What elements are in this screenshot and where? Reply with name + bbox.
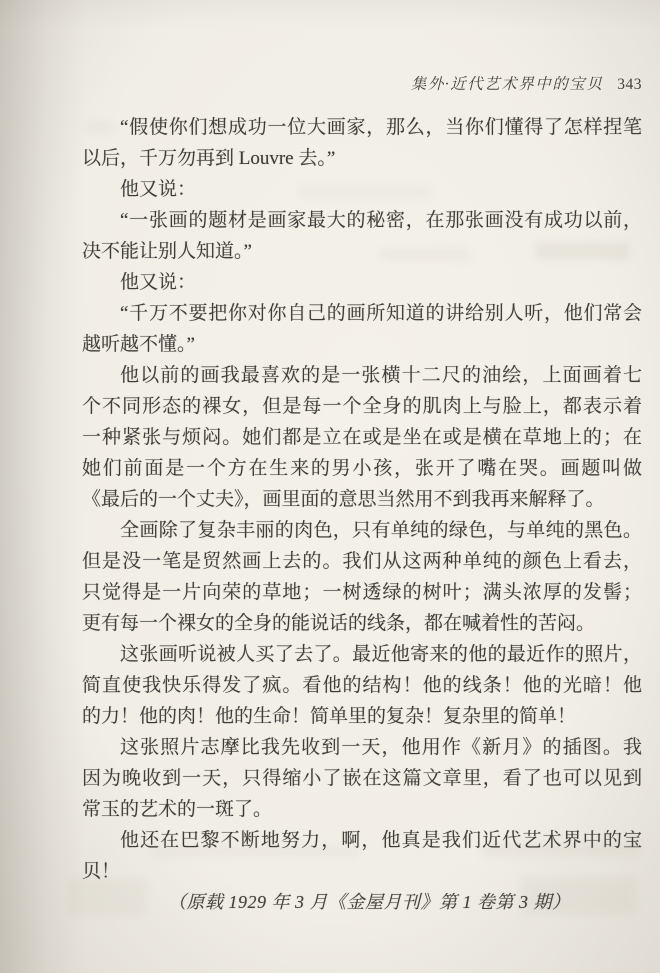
text-line: 《最后的一个丈夫》，画里面的意思当然用不到我再来解释了。	[82, 484, 642, 515]
article-body: “假使你们想成功一位大画家，那么，当你们懂得了怎样捏笔以后，千万勿再到 Louv…	[82, 112, 642, 918]
text-line: 但是没一笔是贸然画上去的。我们从这两种单纯的颜色上看去，	[82, 546, 642, 577]
text-line: 全画除了复杂丰丽的肉色，只有单纯的绿色，与单纯的黑色。	[82, 515, 642, 546]
text-line: 决不能让别人知道。”	[82, 236, 642, 267]
text-line: “假使你们想成功一位大画家，那么，当你们懂得了怎样捏笔	[82, 112, 642, 143]
page-number: 343	[617, 76, 642, 93]
text-line: 越听越不懂。”	[82, 329, 642, 360]
text-line: 的力！他的肉！他的生命！简单里的复杂！复杂里的简单！	[82, 701, 642, 732]
text-line: 个不同形态的裸女，但是每一个全身的肌肉上与脸上，都表示着	[82, 391, 642, 422]
running-head: 集外·近代艺术界中的宝贝343	[411, 72, 642, 94]
text-line: 贝！	[82, 856, 642, 887]
text-line: 他又说：	[82, 267, 642, 298]
running-head-title: 集外·近代艺术界中的宝贝	[411, 76, 603, 93]
text-line: 以后，千万勿再到 Louvre 去。”	[82, 143, 642, 174]
text-line: “千万不要把你对你自己的画所知道的讲给别人听，他们常会	[82, 298, 642, 329]
book-page: 集外·近代艺术界中的宝贝343 “假使你们想成功一位大画家，那么，当你们懂得了怎…	[0, 0, 660, 973]
text-line: 只觉得是一片向荣的草地；一树透绿的树叶；满头浓厚的发髻；	[82, 577, 642, 608]
text-line: 他以前的画我最喜欢的是一张横十二尺的油绘，上面画着七	[82, 360, 642, 391]
text-line: 这张照片志摩比我先收到一天，他用作《新月》的插图。我	[82, 732, 642, 763]
text-line: “一张画的题材是画家最大的秘密，在那张画没有成功以前，	[82, 205, 642, 236]
text-line: 一种紧张与烦闷。她们都是立在或是坐在或是横在草地上的；在	[82, 422, 642, 453]
text-line: 她们前面是一个方在生来的男小孩，张开了嘴在哭。画题叫做	[82, 453, 642, 484]
text-line: 更有每一个裸女的全身的能说话的线条，都在喊着性的苦闷。	[82, 608, 642, 639]
text-line: 他还在巴黎不断地努力，啊，他真是我们近代艺术界中的宝	[82, 825, 642, 856]
text-line: 简直使我快乐得发了疯。看他的结构！他的线条！他的光暗！他	[82, 670, 642, 701]
text-line: 他又说：	[82, 174, 642, 205]
text-line: 因为晚收到一天，只得缩小了嵌在这篇文章里，看了也可以见到	[82, 763, 642, 794]
text-line: 常玉的艺术的一斑了。	[82, 794, 642, 825]
text-line: 这张画听说被人买了去了。最近他寄来的他的最近作的照片，	[82, 639, 642, 670]
colophon-line: （原载 1929 年 3 月《金屋月刊》第 1 卷第 3 期）	[82, 887, 642, 918]
